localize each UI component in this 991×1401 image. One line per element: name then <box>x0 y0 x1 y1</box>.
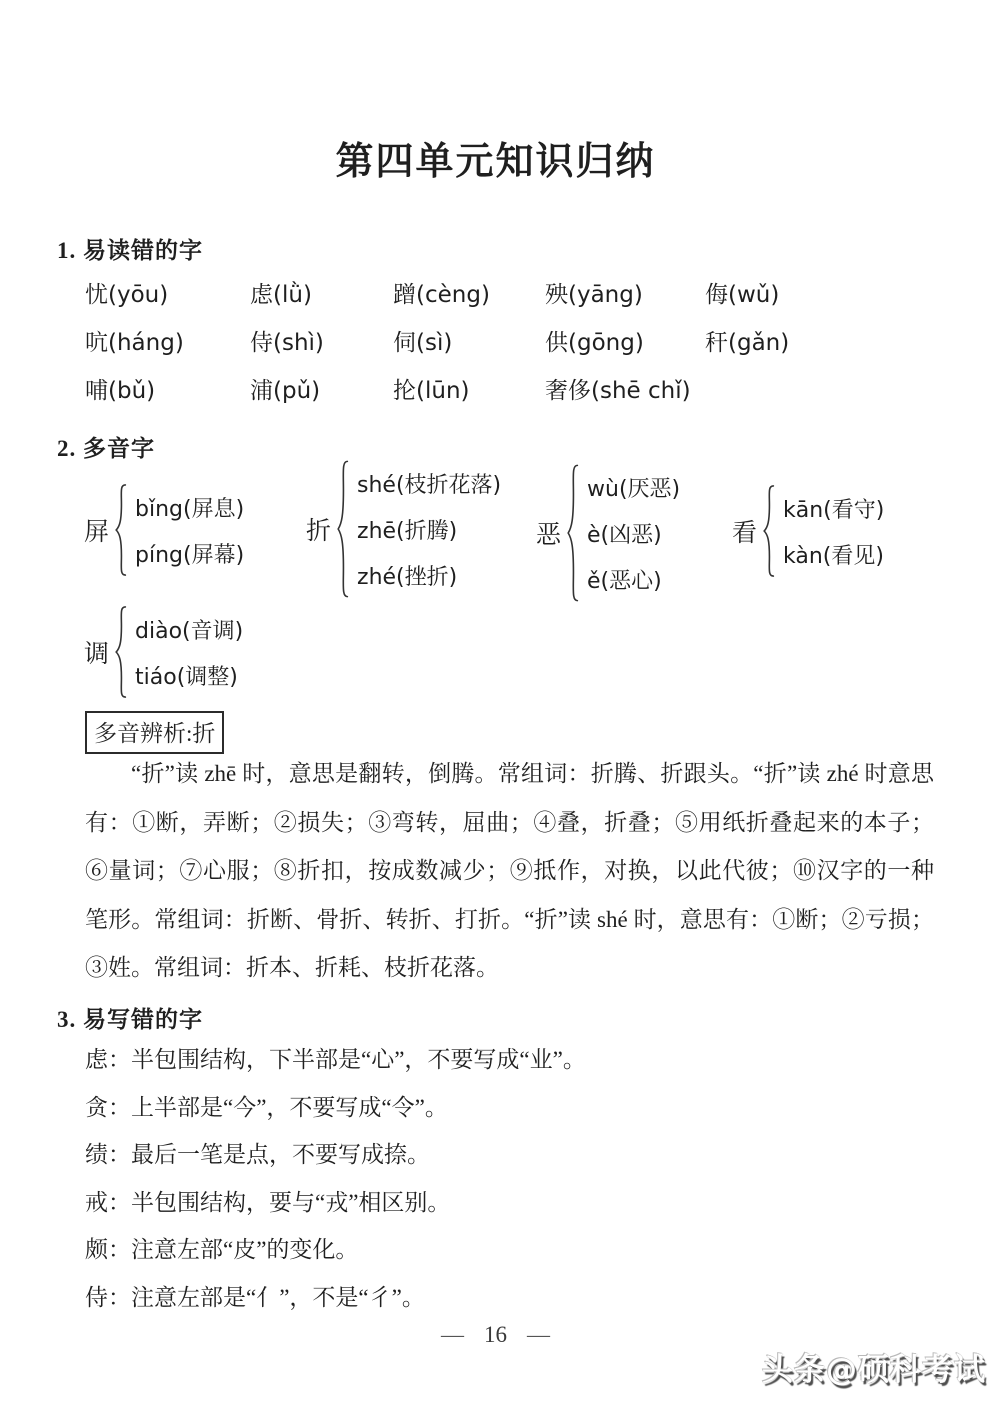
readings-list: kān(看守) kàn(看见) <box>783 485 884 577</box>
polyphone-char: 屏 <box>84 512 109 548</box>
page-title: 第四单元知识归纳 <box>0 130 991 185</box>
easily-misread-characters: 忧(yōu) 虑(lǜ) 蹭(cèng) 殃(yāng) 侮(wǔ) 吭(hán… <box>85 268 965 412</box>
readings-list: diào(音调) tiáo(调整) <box>135 606 243 698</box>
reading-item: è(凶恶) <box>587 510 680 556</box>
reading-item: kàn(看见) <box>783 531 884 577</box>
reading-item: diào(音调) <box>135 606 243 652</box>
char-row: 忧(yōu) 虑(lǜ) 蹭(cèng) 殃(yāng) 侮(wǔ) <box>85 268 965 316</box>
section-1-heading: 1. 易读错的字 <box>57 232 203 265</box>
polyphone-char: 折 <box>306 511 331 547</box>
reading-item: píng(屏幕) <box>135 530 244 576</box>
note-line: 虑：半包围结构，下半部是“心”，不要写成“业”。 <box>85 1036 945 1084</box>
polyphone-group: 恶 wù(厌恶) è(凶恶) ě(恶心) <box>536 464 680 602</box>
char-row: 哺(bǔ) 浦(pǔ) 抡(lūn) 奢侈(shē chǐ) <box>85 364 965 412</box>
char-item: 秆(gǎn) <box>705 324 965 357</box>
note-line: 戒：半包围结构，要与“戎”相区别。 <box>85 1179 945 1227</box>
page-number-value: 16 <box>484 1322 507 1347</box>
reading-item: bǐng(屏息) <box>135 484 244 530</box>
reading-item: shé(枝折花落) <box>357 460 501 506</box>
document-page: 第四单元知识归纳 1. 易读错的字 忧(yōu) 虑(lǜ) 蹭(cèng) 殃… <box>0 0 991 1401</box>
section-3-heading: 3. 易写错的字 <box>57 1001 203 1034</box>
char-item: 侮(wǔ) <box>705 276 965 309</box>
analysis-paragraph: “折”读 zhē 时，意思是翻转，倒腾。常组词：折腾、折跟头。“折”读 zhé … <box>85 750 934 993</box>
polyphone-char: 看 <box>732 513 757 549</box>
char-item: 殃(yāng) <box>545 276 705 309</box>
readings-list: shé(枝折花落) zhē(折腾) zhé(挫折) <box>357 460 501 598</box>
polyphone-group: 折 shé(枝折花落) zhē(折腾) zhé(挫折) <box>306 460 501 598</box>
char-item: 奢侈(shē chǐ) <box>545 372 705 405</box>
readings-list: wù(厌恶) è(凶恶) ě(恶心) <box>587 464 680 602</box>
left-brace-icon <box>566 464 580 602</box>
polyphone-group: 屏 bǐng(屏息) píng(屏幕) <box>84 484 244 576</box>
note-line: 贪：上半部是“今”，不要写成“令”。 <box>85 1084 945 1132</box>
readings-list: bǐng(屏息) píng(屏幕) <box>135 484 244 576</box>
easily-miswritten-notes: 虑：半包围结构，下半部是“心”，不要写成“业”。 贪：上半部是“今”，不要写成“… <box>85 1036 945 1322</box>
char-item: 供(gōng) <box>545 324 705 357</box>
polyphone-char: 恶 <box>536 515 561 551</box>
char-item: 抡(lūn) <box>393 372 545 405</box>
section-2-heading: 2. 多音字 <box>57 430 155 463</box>
char-item: 哺(bǔ) <box>85 372 250 405</box>
char-item: 虑(lǜ) <box>250 276 393 309</box>
left-brace-icon <box>114 606 128 698</box>
reading-item: zhē(折腾) <box>357 506 501 552</box>
polyphone-group: 看 kān(看守) kàn(看见) <box>732 485 884 577</box>
watermark: 头条@硕科考试 <box>762 1344 986 1389</box>
left-brace-icon <box>762 485 776 577</box>
char-item: 吭(háng) <box>85 324 250 357</box>
left-brace-icon <box>336 460 350 598</box>
polyphone-group: 调 diào(音调) tiáo(调整) <box>84 606 243 698</box>
char-item: 浦(pǔ) <box>250 372 393 405</box>
char-row: 吭(háng) 侍(shì) 伺(sì) 供(gōng) 秆(gǎn) <box>85 316 965 364</box>
char-item: 蹭(cèng) <box>393 276 545 309</box>
reading-item: tiáo(调整) <box>135 652 243 698</box>
page-number-dash: — <box>441 1322 464 1347</box>
reading-item: ě(恶心) <box>587 556 680 602</box>
reading-item: wù(厌恶) <box>587 464 680 510</box>
note-line: 绩：最后一笔是点，不要写成捺。 <box>85 1131 945 1179</box>
char-item: 忧(yōu) <box>85 276 250 309</box>
reading-item: kān(看守) <box>783 485 884 531</box>
note-line: 侍：注意左部是“亻”，不是“彳”。 <box>85 1274 945 1322</box>
polyphone-char: 调 <box>84 634 109 670</box>
left-brace-icon <box>114 484 128 576</box>
analysis-box-label: 多音辨析:折 <box>85 711 224 754</box>
char-item: 伺(sì) <box>393 324 545 357</box>
reading-item: zhé(挫折) <box>357 552 501 598</box>
note-line: 颇：注意左部“皮”的变化。 <box>85 1226 945 1274</box>
page-number-dash: — <box>527 1322 550 1347</box>
char-item: 侍(shì) <box>250 324 393 357</box>
